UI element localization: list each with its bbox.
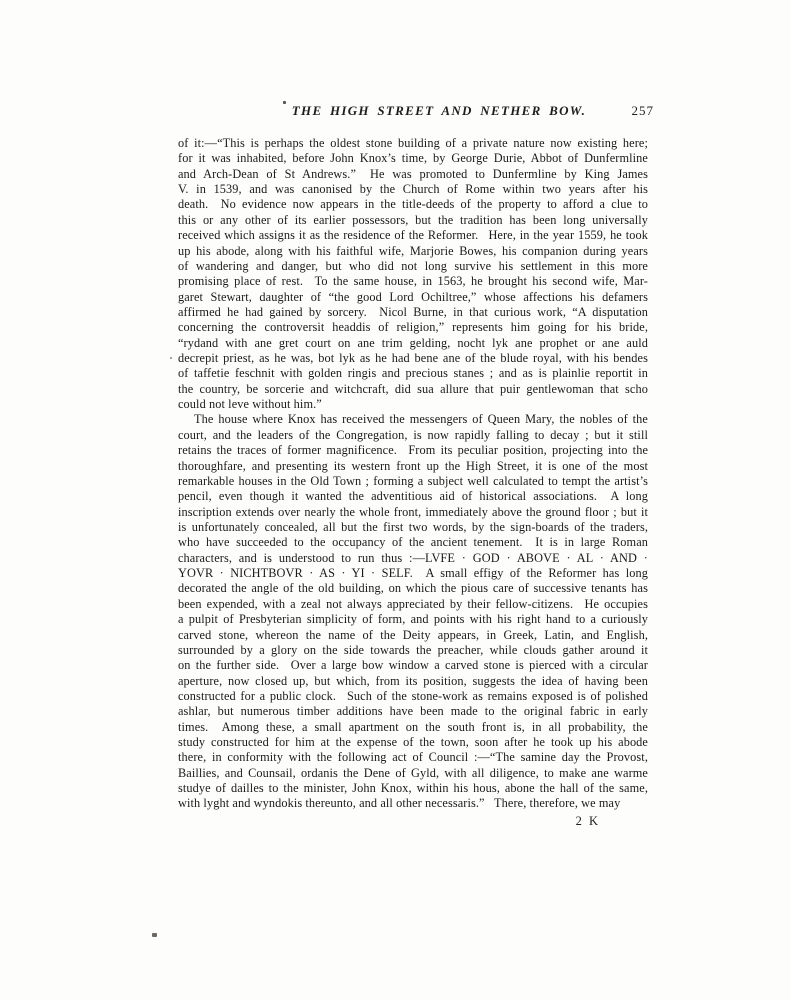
text-line: studye of dailles to the minister, John … xyxy=(178,781,648,796)
text-line: “rydand with ane gret court on ane trim … xyxy=(178,336,648,351)
text-line: retains the traces of former magnificenc… xyxy=(178,443,648,458)
text-line: of wandering and danger, but who did not… xyxy=(178,259,648,274)
text-line: received which assigns it as the residen… xyxy=(178,228,648,243)
text-line: and Arch-Dean of St Andrews.” He was pro… xyxy=(178,167,648,182)
book-page: THE HIGH STREET AND NETHER BOW. 257 of i… xyxy=(0,0,790,1000)
body-text: of it:—“This is perhaps the oldest stone… xyxy=(178,136,648,812)
text-line: there, in conformity with the following … xyxy=(178,750,648,765)
text-line: death. No evidence now appears in the ti… xyxy=(178,197,648,212)
text-line: this or any other of its earlier possess… xyxy=(178,213,648,228)
text-line: V. in 1539, and was canonised by the Chu… xyxy=(178,182,648,197)
text-line: constructed for a public clock. Such of … xyxy=(178,689,648,704)
signature-mark: 2 K xyxy=(576,814,600,829)
text-line: is unfortunately concealed, all but the … xyxy=(178,520,648,535)
text-line: ashlar, but numerous timber additions ha… xyxy=(178,704,648,719)
text-line: thoroughfare, and presenting its western… xyxy=(178,459,648,474)
text-line: on the further side. Over a large bow wi… xyxy=(178,658,648,673)
text-line: up his abode, along with his faithful wi… xyxy=(178,244,648,259)
page-number: 257 xyxy=(632,103,655,119)
text-line: decorated the angle of the old building,… xyxy=(178,581,648,596)
ink-speck xyxy=(283,101,286,104)
text-line: surrounded by a glory on the side toward… xyxy=(178,643,648,658)
text-line: could not leve without him.” xyxy=(178,397,648,412)
text-line: YOVR · NICHTBOVR · AS · YI · SELF. A sma… xyxy=(178,566,648,581)
text-line: with lyght and wyndokis thereunto, and a… xyxy=(178,796,648,811)
text-line: affirmed he had gained by sorcery. Nicol… xyxy=(178,305,648,320)
text-line: characters, and is understood to run thu… xyxy=(178,551,648,566)
text-line: pencil, even though it wanted the advent… xyxy=(178,489,648,504)
text-line: court, and the leaders of the Congregati… xyxy=(178,428,648,443)
text-line: times. Among these, a small apartment on… xyxy=(178,720,648,735)
running-title: THE HIGH STREET AND NETHER BOW. xyxy=(292,103,586,119)
text-line: of it:—“This is perhaps the oldest stone… xyxy=(178,136,648,151)
ink-speck xyxy=(170,357,172,359)
signature-row: 2 K xyxy=(178,812,648,830)
text-line: been expended, with a zeal not always ap… xyxy=(178,597,648,612)
text-line: a pulpit of Presbyterian simplicity of f… xyxy=(178,612,648,627)
text-line: of taffetie feschnit with golden ringis … xyxy=(178,366,648,381)
text-line: concerning the controversit headdis of r… xyxy=(178,320,648,335)
paragraph: The house where Knox has received the me… xyxy=(178,412,648,811)
ink-speck xyxy=(152,933,157,937)
running-head: THE HIGH STREET AND NETHER BOW. 257 xyxy=(178,103,648,123)
text-line: who have succeeded to the occupancy of t… xyxy=(178,535,648,550)
text-line: for it was inhabited, before John Knox’s… xyxy=(178,151,648,166)
text-line: carved stone, whereon the name of the De… xyxy=(178,628,648,643)
text-line: promising place of rest. To the same hou… xyxy=(178,274,648,289)
text-line: remarkable houses in the Old Town ; form… xyxy=(178,474,648,489)
text-line: The house where Knox has received the me… xyxy=(178,412,648,427)
text-line: Baillies, and Counsail, ordanis the Dene… xyxy=(178,766,648,781)
paragraph: of it:—“This is perhaps the oldest stone… xyxy=(178,136,648,412)
text-line: garet Stewart, daughter of “the good Lor… xyxy=(178,290,648,305)
text-line: inscription extends over nearly the whol… xyxy=(178,505,648,520)
text-line: the country, be sorcerie and witchcraft,… xyxy=(178,382,648,397)
text-line: study constructed for him at the expense… xyxy=(178,735,648,750)
text-line: aperture, now closed up, but which, from… xyxy=(178,674,648,689)
text-line: decrepit priest, as he was, bot lyk as h… xyxy=(178,351,648,366)
